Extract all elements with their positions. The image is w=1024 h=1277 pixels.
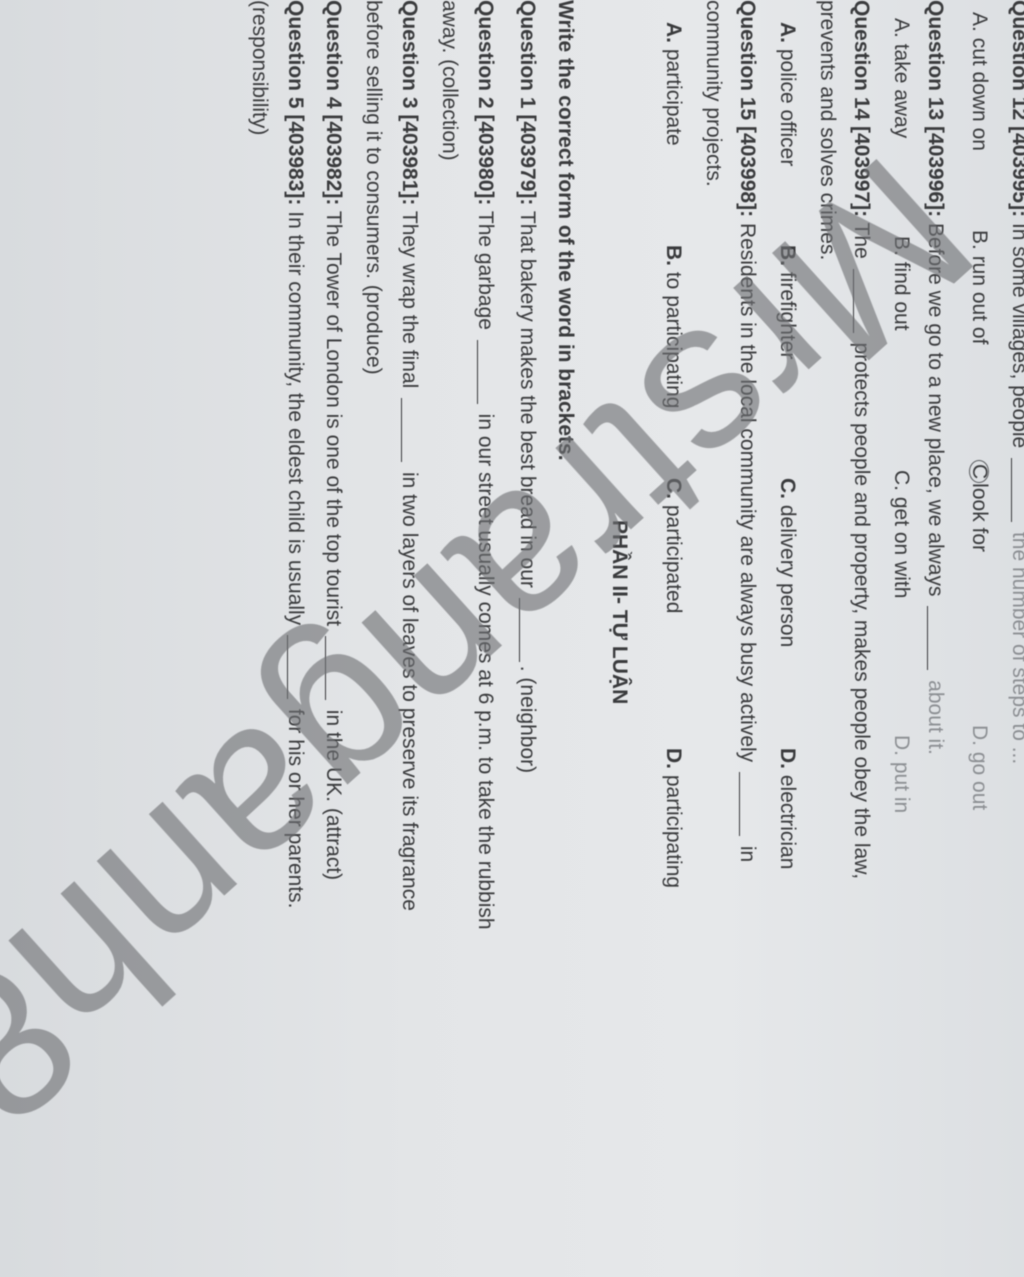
question-text: Before we go to a new place, we always [924, 223, 947, 597]
photo-viewport: Question 12 [403995]: In some villages, … [0, 0, 1024, 1277]
option-b: B. firefighter [777, 245, 798, 359]
option-d: D. participating [663, 748, 684, 888]
option-b: B. find out [891, 236, 912, 331]
part2-question-4: Question 4 [403982]: The Tower of London… [323, 0, 344, 880]
question-label: Question 3 [403981]: [398, 0, 421, 205]
question-15-stem-line2: community projects. [703, 0, 724, 187]
question-text-continued: the number of steps to ... [1008, 532, 1024, 764]
option-c: C. get on with [891, 470, 912, 598]
question-label: Question 2 [403980]: [474, 0, 497, 205]
question-text-continued: in the UK. (attract) [322, 710, 345, 880]
part2-question-2-line2: away. (collection) [439, 0, 460, 161]
question-text-continued: in two layers of leaves to preserve its … [398, 472, 421, 911]
question-text: Residents in the local community are alw… [736, 223, 759, 762]
worksheet-page: Question 12 [403995]: In some villages, … [0, 0, 1024, 1277]
question-13-stem: Question 13 [403996]: Before we go to a … [925, 0, 946, 755]
part2-question-5: Question 5 [403983]: In their community,… [285, 0, 306, 909]
option-b: B. to participating [663, 245, 684, 408]
answer-blank [477, 340, 478, 404]
question-text: The [850, 223, 873, 259]
question-text-continued: in our street usually comes at 6 p.m. to… [474, 414, 497, 930]
part2-question-1: Question 1 [403979]: That bakery makes t… [517, 0, 538, 773]
option-d: D. put in [891, 735, 912, 813]
option-c: C. participated [663, 478, 684, 613]
question-label: Question 4 [403982]: [322, 0, 345, 205]
question-text: The garbage [474, 211, 497, 330]
question-text-continued: protects people and property, makes peop… [850, 342, 873, 879]
question-text-continued: for his or her parents. [284, 709, 307, 909]
answer-blank [927, 606, 928, 670]
question-text-continued: . (neighbor) [516, 666, 539, 773]
option-b: B. run out of [969, 230, 990, 344]
question-text: The Tower of London is one of the top to… [322, 211, 345, 626]
option-a: A. participate [663, 22, 684, 146]
option-d: D. go out [969, 725, 990, 810]
question-15-stem: Question 15 [403998]: Residents in the l… [737, 0, 758, 862]
answer-blank [739, 772, 740, 836]
question-12-stem: Question 12 [403995]: In some villages, … [1009, 0, 1024, 764]
question-text: That bakery makes the best bread in our [516, 211, 539, 588]
question-label: Question 5 [403983]: [284, 0, 307, 205]
question-text: In their community, the eldest child is … [284, 211, 307, 625]
option-a: A. take away [891, 18, 912, 138]
question-14-stem-line2: prevents and solves crimes. [817, 0, 838, 260]
question-label: Question 14 [403997]: [850, 0, 873, 217]
answer-blank [287, 635, 288, 699]
answer-blank [519, 598, 520, 662]
part2-question-2: Question 2 [403980]: The garbage in our … [475, 0, 496, 930]
answer-blank [325, 636, 326, 700]
option-c-circled: Clook for [969, 460, 990, 552]
question-text-continued: about it. [924, 680, 947, 755]
answer-blank [853, 269, 854, 333]
answer-blank [1011, 458, 1012, 522]
question-label: Question 13 [403996]: [924, 0, 947, 217]
section-title: PHẦN II- TỰ LUẬN [609, 520, 630, 704]
question-text: In some villages, people [1008, 223, 1024, 448]
option-c: C. delivery person [777, 478, 798, 647]
option-a: A. police officer [777, 22, 798, 166]
section-instruction: Write the correct form of the word in br… [555, 0, 576, 461]
option-d: D. electrician [777, 748, 798, 869]
question-text-continued: in [736, 846, 759, 862]
question-label: Question 12 [403995]: [1008, 0, 1024, 217]
circled-answer-mark: C [969, 460, 989, 483]
question-14-stem: Question 14 [403997]: The protects peopl… [851, 0, 872, 879]
question-text: They wrap the final [398, 211, 421, 388]
part2-question-5-line2: (responsibility) [249, 0, 270, 135]
answer-blank [401, 398, 402, 462]
part2-question-3: Question 3 [403981]: They wrap the final… [399, 0, 420, 911]
option-a: A. cut down on [969, 12, 990, 151]
part2-question-3-line2: before selling it to consumers. (produce… [363, 0, 384, 375]
question-label: Question 1 [403979]: [516, 0, 539, 205]
question-label: Question 15 [403998]: [736, 0, 759, 217]
